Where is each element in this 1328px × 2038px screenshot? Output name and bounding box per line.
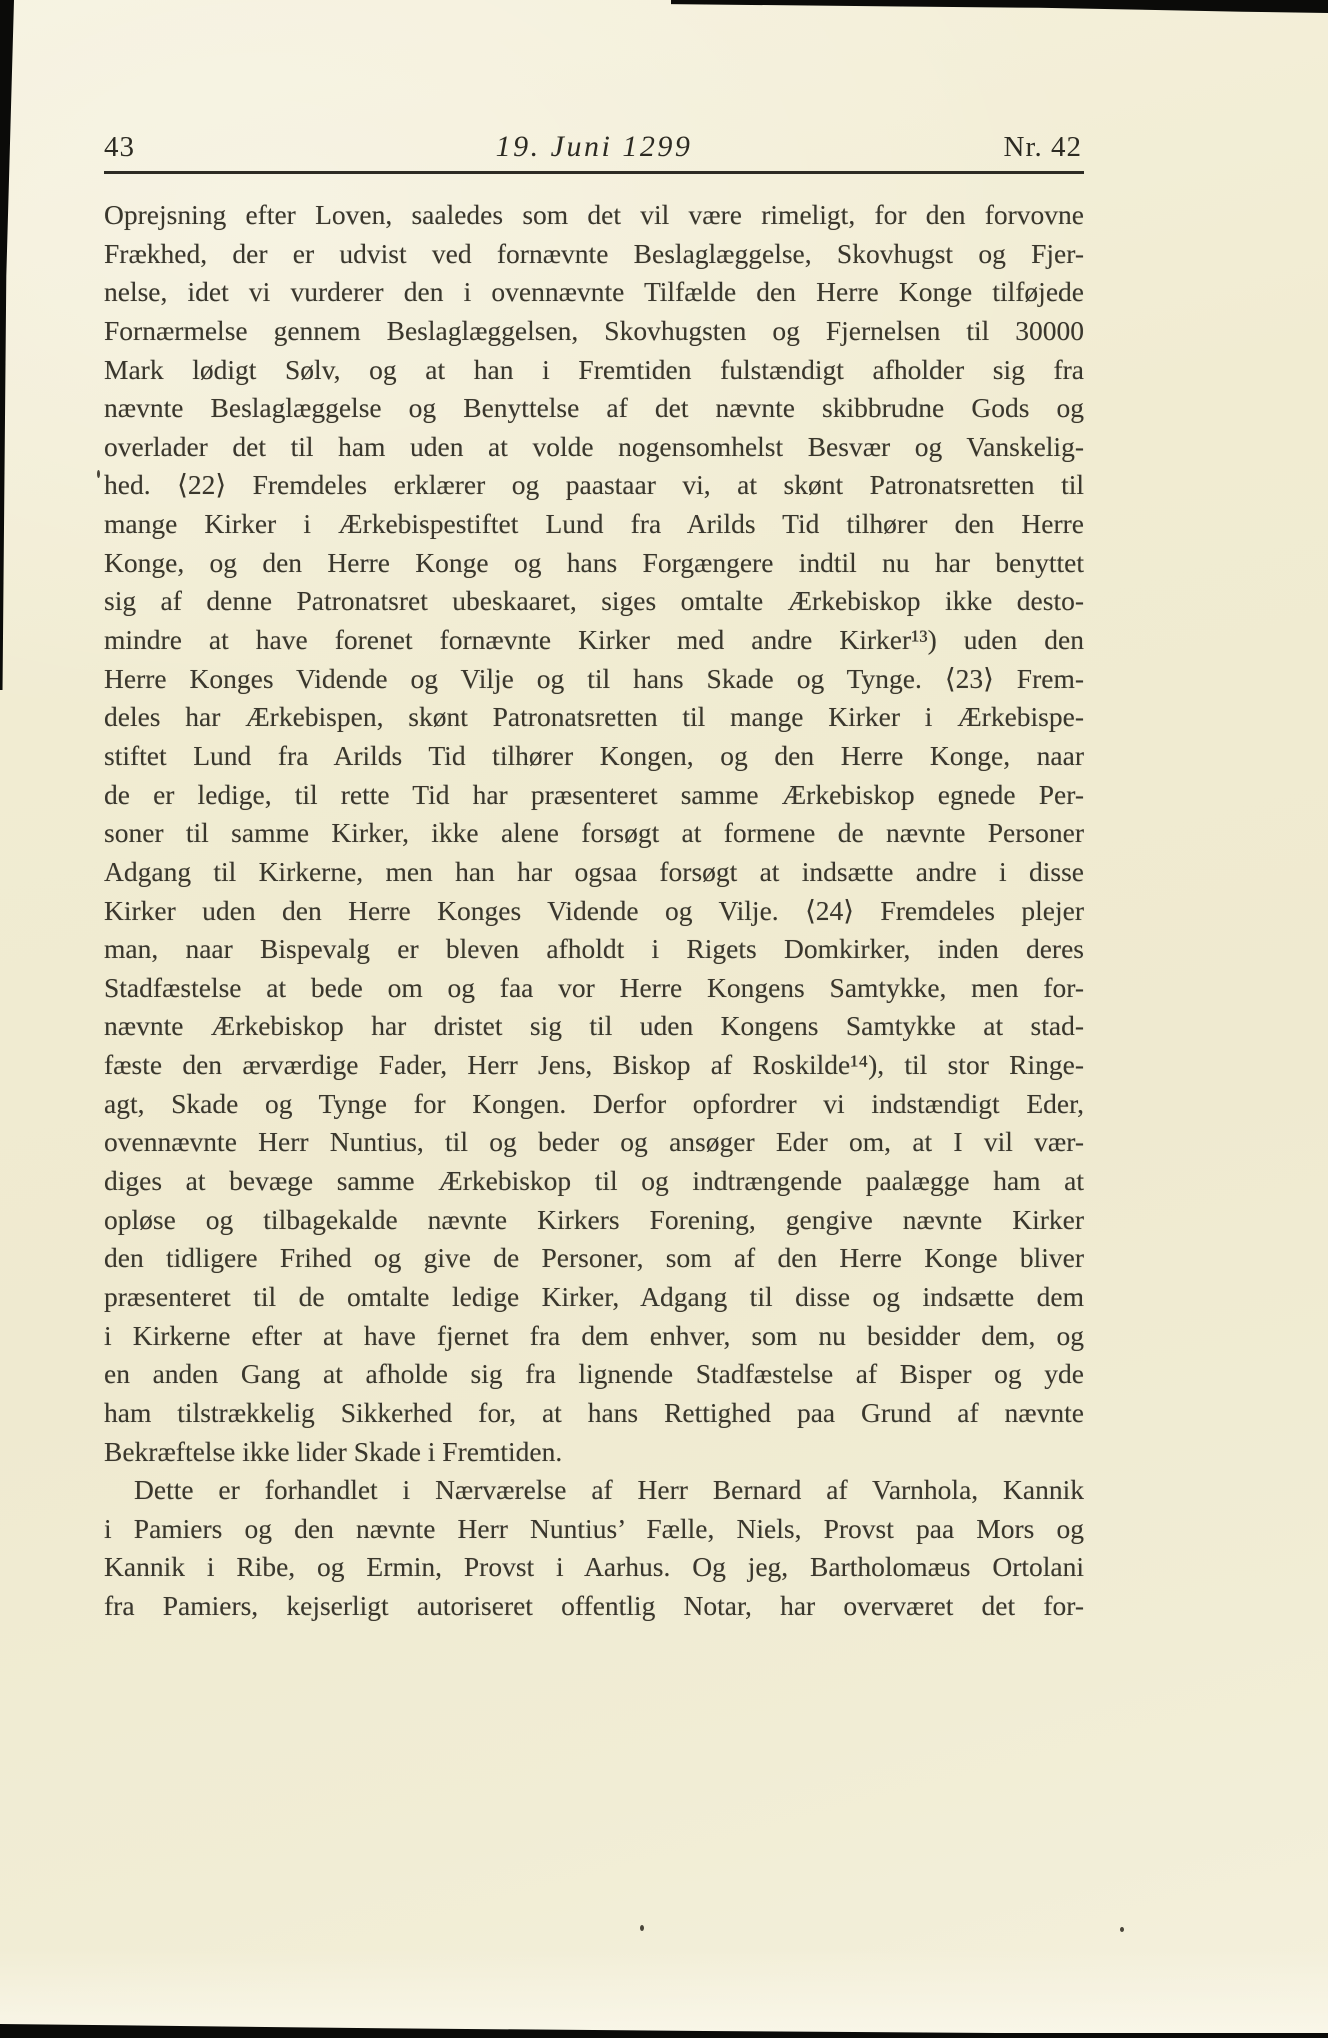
text-line: hed. ⟨22⟩ Fremdeles erklærer og paastaar…: [104, 466, 1084, 505]
scan-speck: [1120, 1927, 1124, 1932]
text-line: Herre Konges Vidende og Vilje og til han…: [104, 660, 1084, 699]
text-line: Bekræftelse ikke lider Skade i Fremtiden…: [104, 1433, 1084, 1472]
text-line: den tidligere Frihed og give de Personer…: [104, 1239, 1084, 1278]
text-line: diges at bevæge samme Ærkebiskop til og …: [104, 1162, 1084, 1201]
text-line: Mark lødigt Sølv, og at han i Fremtiden …: [104, 351, 1084, 390]
scan-edge-artifact-top: [671, 0, 1328, 13]
scan-edge-artifact-left: [0, 0, 14, 690]
text-line: fæste den ærværdige Fader, Herr Jens, Bi…: [104, 1046, 1084, 1085]
running-title-date: 19. Juni 1299: [496, 130, 693, 164]
text-line: stiftet Lund fra Arilds Tid tilhører Kon…: [104, 737, 1084, 776]
text-line: en anden Gang at afholde sig fra lignend…: [104, 1355, 1084, 1394]
text-line: Fornærmelse gennem Beslaglæggelsen, Skov…: [104, 312, 1084, 351]
text-line: opløse og tilbagekalde nævnte Kirkers Fo…: [104, 1201, 1084, 1240]
text-line: ovennævnte Herr Nuntius, til og beder og…: [104, 1123, 1084, 1162]
page-number: 43: [104, 131, 135, 164]
text-line: overlader det til ham uden at volde noge…: [104, 428, 1084, 467]
page-edge-highlight: [0, 1950, 1328, 2038]
text-line: mindre at have forenet fornævnte Kirker …: [104, 621, 1084, 660]
scanned-book-page: 43 19. Juni 1299 Nr. 42 Oprejsning efter…: [0, 0, 1328, 2038]
text-line: Stadfæstelse at bede om og faa vor Herre…: [104, 969, 1084, 1008]
scan-speck: [640, 1925, 644, 1931]
text-line: agt, Skade og Tynge for Kongen. Derfor o…: [104, 1085, 1084, 1124]
body-text: Oprejsning efter Loven, saaledes som det…: [104, 196, 1084, 1626]
text-line: Adgang til Kirkerne, men han har ogsaa f…: [104, 853, 1084, 892]
paragraph-continuation: Oprejsning efter Loven, saaledes som det…: [104, 196, 1084, 1471]
text-line: Kannik i Ribe, og Ermin, Provst i Aarhus…: [104, 1548, 1084, 1587]
text-line: Kirker uden den Herre Konges Vidende og …: [104, 892, 1084, 931]
text-line: deles har Ærkebispen, skønt Patronatsret…: [104, 698, 1084, 737]
text-line: præsenteret til de omtalte ledige Kirker…: [104, 1278, 1084, 1317]
document-number: Nr. 42: [1004, 131, 1083, 164]
text-line: nævnte Beslaglæggelse og Benyttelse af d…: [104, 389, 1084, 428]
scan-speck: [97, 470, 100, 478]
text-line: nævnte Ærkebiskop har dristet sig til ud…: [104, 1007, 1084, 1046]
text-line: i Pamiers og den nævnte Herr Nuntius’ Fæ…: [104, 1510, 1084, 1549]
text-line: Dette er forhandlet i Nærværelse af Herr…: [104, 1471, 1084, 1510]
text-line: man, naar Bispevalg er bleven afholdt i …: [104, 930, 1084, 969]
text-line: i Kirkerne efter at have fjernet fra dem…: [104, 1317, 1084, 1356]
text-line: soner til samme Kirker, ikke alene forsø…: [104, 814, 1084, 853]
text-line: de er ledige, til rette Tid har præsente…: [104, 776, 1084, 815]
text-line: Konge, og den Herre Konge og hans Forgæn…: [104, 544, 1084, 583]
text-line: Frækhed, der er udvist ved fornævnte Bes…: [104, 235, 1084, 274]
paragraph-attestation: Dette er forhandlet i Nærværelse af Herr…: [104, 1471, 1084, 1626]
text-line: Oprejsning efter Loven, saaledes som det…: [104, 196, 1084, 235]
page-header: 43 19. Juni 1299 Nr. 42: [104, 126, 1084, 174]
text-line: nelse, idet vi vurderer den i ovennævnte…: [104, 273, 1084, 312]
text-line: ham tilstrækkelig Sikkerhed for, at hans…: [104, 1394, 1084, 1433]
text-line: sig af denne Patronatsret ubeskaaret, si…: [104, 582, 1084, 621]
text-line: fra Pamiers, kejserligt autoriseret offe…: [104, 1587, 1084, 1626]
text-line: mange Kirker i Ærkebispestiftet Lund fra…: [104, 505, 1084, 544]
